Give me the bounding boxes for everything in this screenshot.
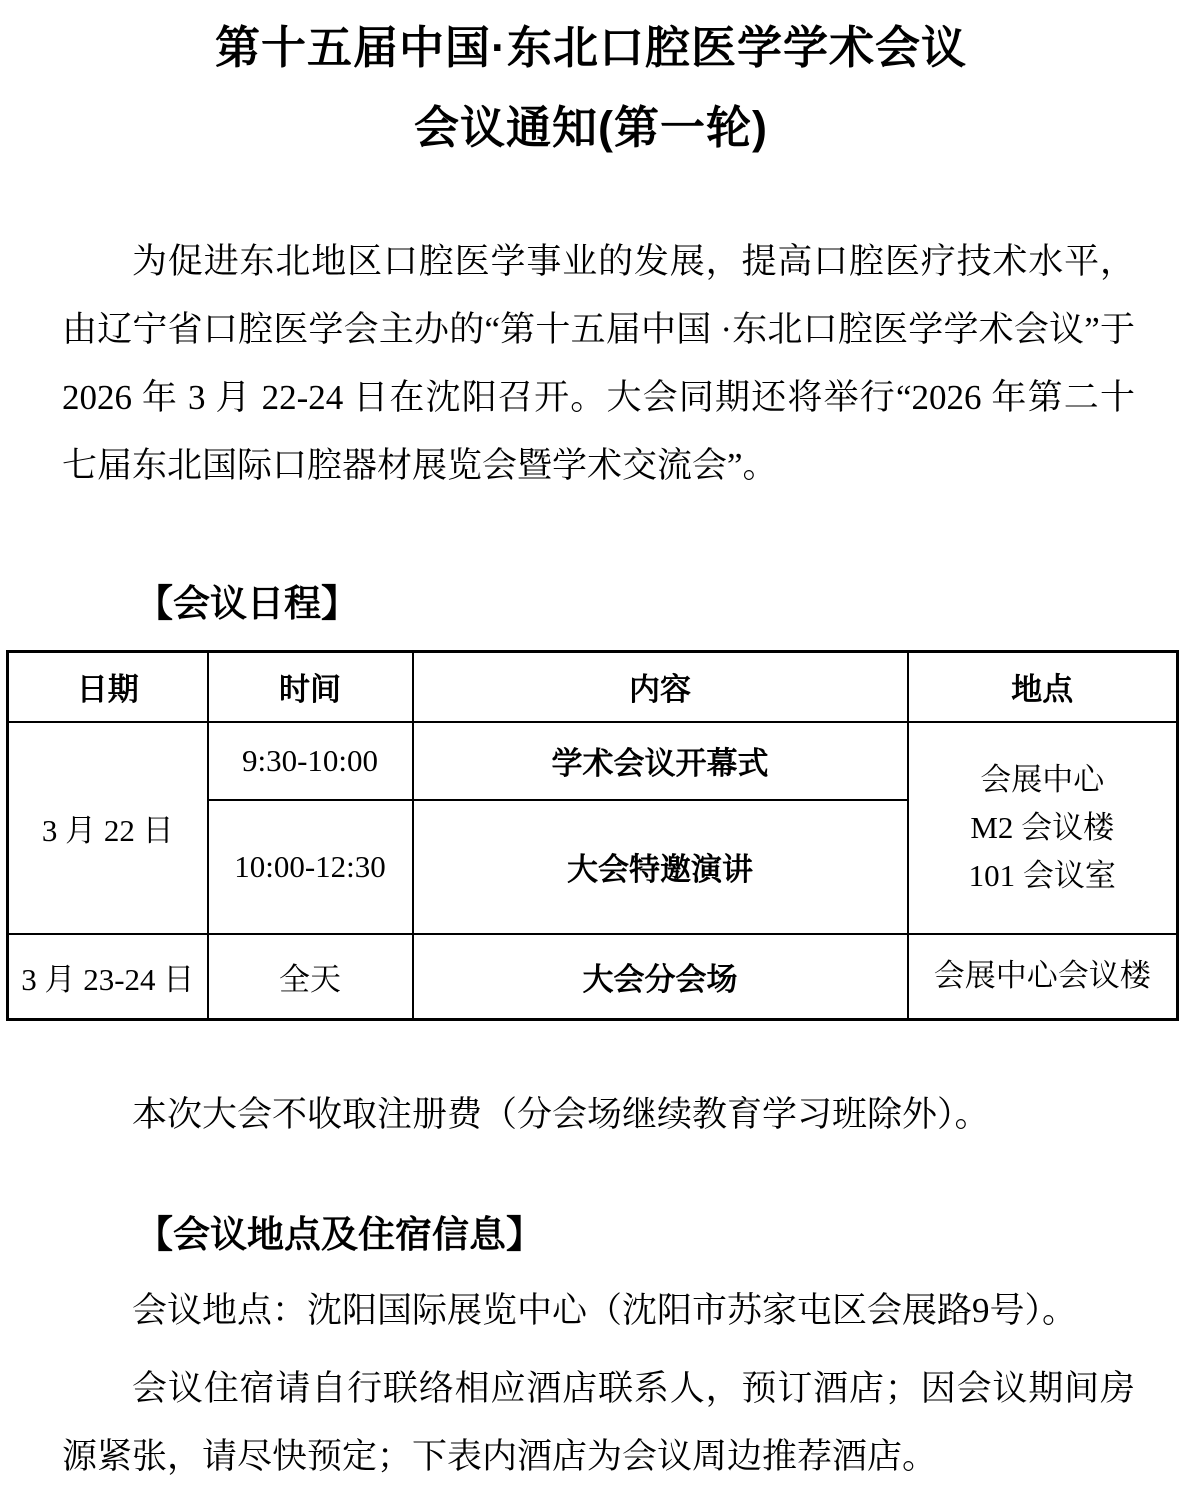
schedule-content-cell-breakout: 大会分会场 (413, 934, 908, 1020)
document-title-line2: 会议通知(第一轮) (0, 88, 1182, 168)
lower-text-block: 本次大会不收取注册费（分会场继续教育学习班除外）。 【会议地点及住宿信息】 会议… (0, 1081, 1182, 1491)
venue-section-heading: 【会议地点及住宿信息】 (62, 1209, 1135, 1261)
schedule-content-cell-opening: 学术会议开幕式 (413, 722, 908, 800)
registration-fee-note: 本次大会不收取注册费（分会场继续教育学习班除外）。 (62, 1081, 1135, 1149)
schedule-location-cell-m2: 会展中心 M2 会议楼 101 会议室 (908, 722, 1178, 934)
schedule-time-cell-allday: 全天 (208, 934, 413, 1020)
schedule-date-cell-mar23-24: 3 月 23-24 日 (8, 934, 208, 1020)
venue-address-paragraph: 会议地点：沈阳国际展览中心（沈阳市苏家屯区会展路9号）。 (62, 1277, 1135, 1345)
schedule-content-cell-keynote: 大会特邀演讲 (413, 800, 908, 934)
schedule-time-cell-opening: 9:30-10:00 (208, 722, 413, 800)
hotel-booking-paragraph: 会议住宿请自行联络相应酒店联系人，预订酒店；因会议期间房源紧张，请尽快预定；下表… (62, 1355, 1135, 1491)
schedule-header-time: 时间 (208, 652, 413, 722)
document-title-block: 第十五届中国·东北口腔医学学术会议 会议通知(第一轮) (0, 0, 1182, 168)
intro-paragraph: 为促进东北地区口腔医学事业的发展，提高口腔医疗技术水平，由辽宁省口腔医学会主办的… (62, 228, 1135, 500)
schedule-header-location: 地点 (908, 652, 1178, 722)
document-title-line1: 第十五届中国·东北口腔医学学术会议 (0, 8, 1182, 88)
schedule-location-cell-hall: 会展中心会议楼 (908, 934, 1178, 1020)
intro-block: 为促进东北地区口腔医学事业的发展，提高口腔医疗技术水平，由辽宁省口腔医学会主办的… (0, 228, 1182, 630)
document-page: 第十五届中国·东北口腔医学学术会议 会议通知(第一轮) 为促进东北地区口腔医学事… (0, 0, 1182, 1500)
schedule-header-content: 内容 (413, 652, 908, 722)
schedule-time-cell-keynote: 10:00-12:30 (208, 800, 413, 934)
schedule-table-header-row: 日期 时间 内容 地点 (8, 652, 1178, 722)
schedule-row-opening: 3 月 22 日 9:30-10:00 学术会议开幕式 会展中心 M2 会议楼 … (8, 722, 1178, 800)
schedule-header-date: 日期 (8, 652, 208, 722)
schedule-date-cell-mar22: 3 月 22 日 (8, 722, 208, 934)
schedule-section-heading: 【会议日程】 (62, 578, 1135, 630)
schedule-row-breakout: 3 月 23-24 日 全天 大会分会场 会展中心会议楼 (8, 934, 1178, 1020)
schedule-table: 日期 时间 内容 地点 3 月 22 日 9:30-10:00 学术会议开幕式 … (6, 650, 1179, 1021)
